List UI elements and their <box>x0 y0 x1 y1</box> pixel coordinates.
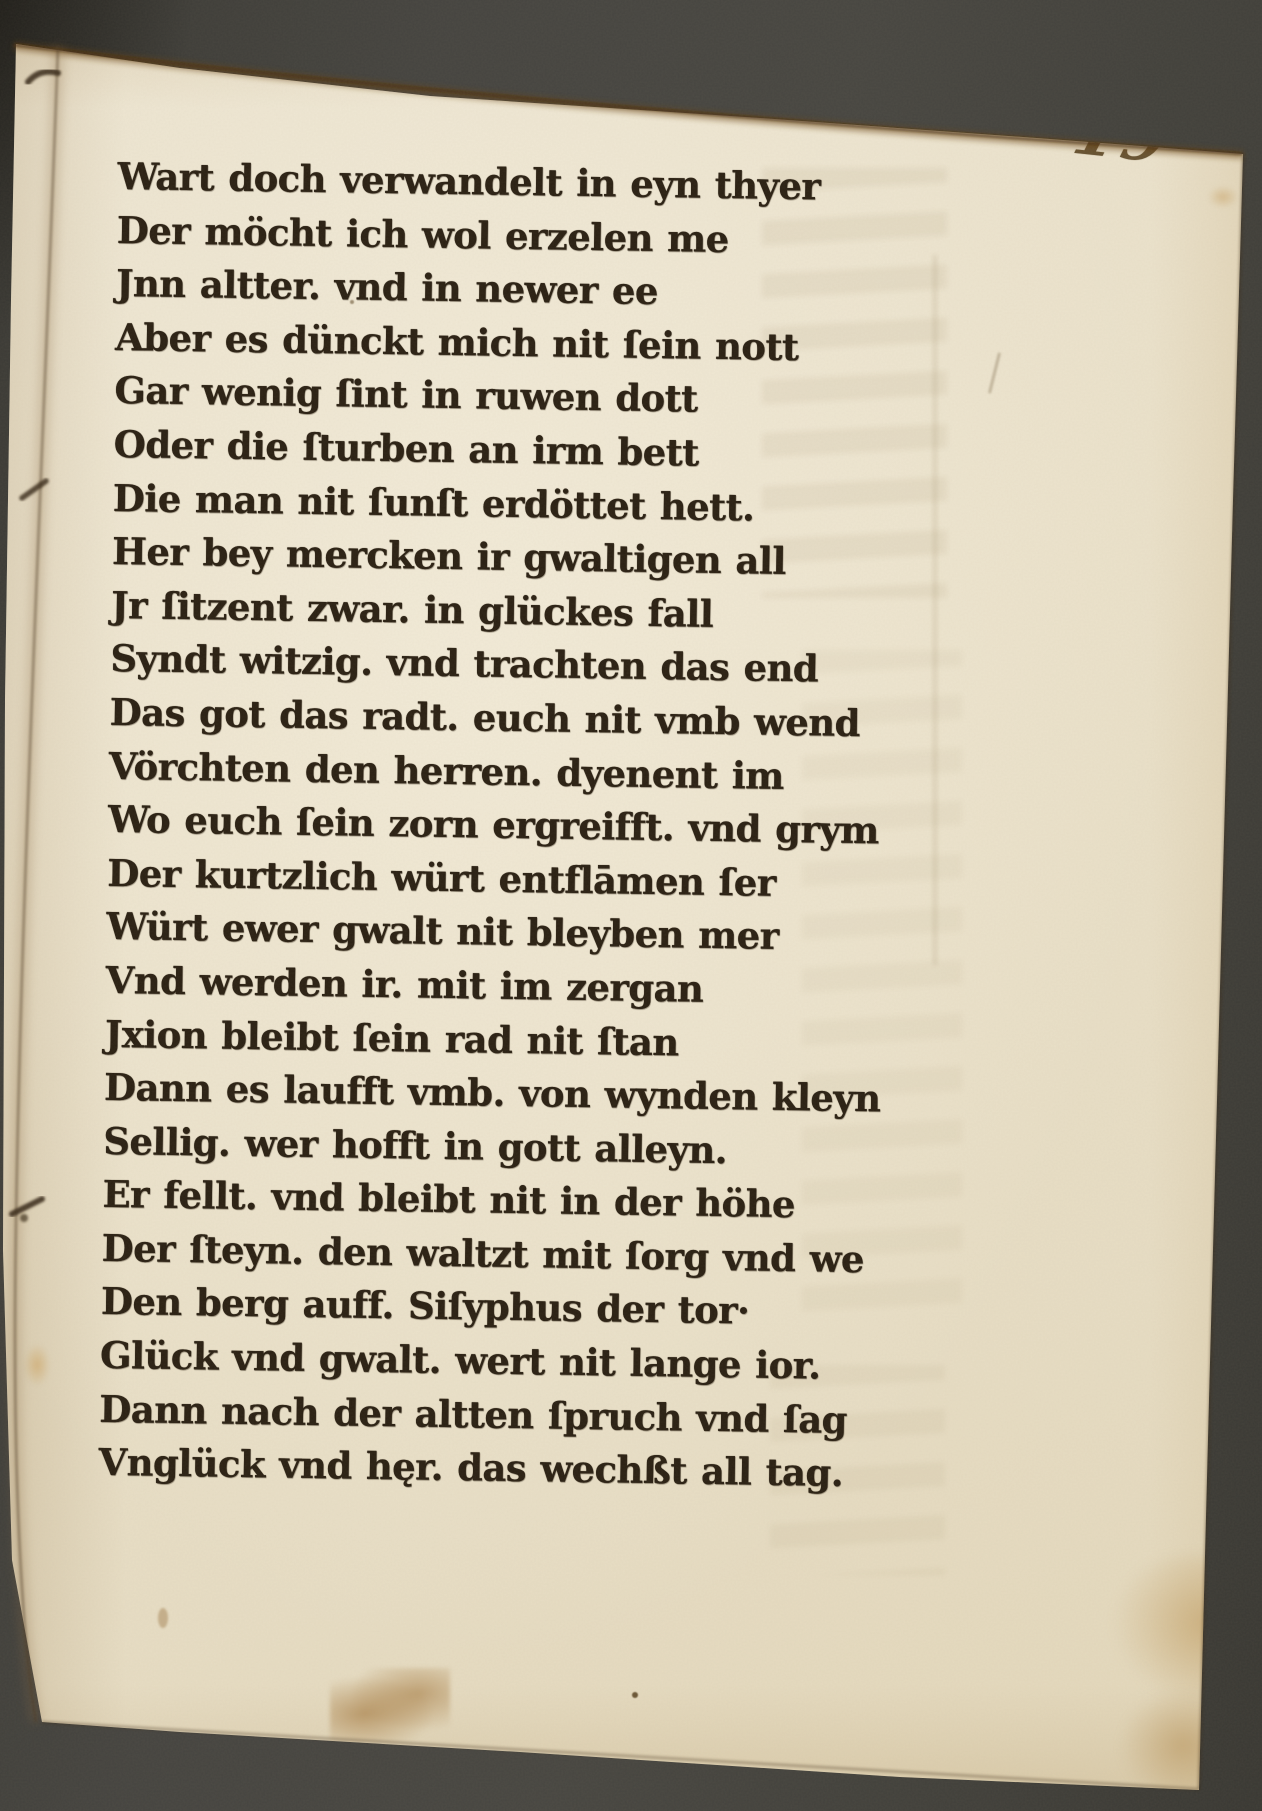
poem-text-block: Wart doch verwandelt in eyn thyer Der mö… <box>98 150 998 1503</box>
ink-speck <box>632 1692 638 1698</box>
stain <box>1112 1555 1262 1705</box>
stain <box>24 1344 50 1386</box>
handwritten-folio-number: 19 <box>1066 96 1182 177</box>
stain <box>1118 1688 1248 1803</box>
stain <box>1208 186 1238 208</box>
book-page: Wart doch verwandelt in eyn thyer Der mö… <box>0 0 1262 1811</box>
stain <box>330 1668 450 1742</box>
stain <box>158 1608 168 1628</box>
photo-background: Wart doch verwandelt in eyn thyer Der mö… <box>0 0 1262 1811</box>
